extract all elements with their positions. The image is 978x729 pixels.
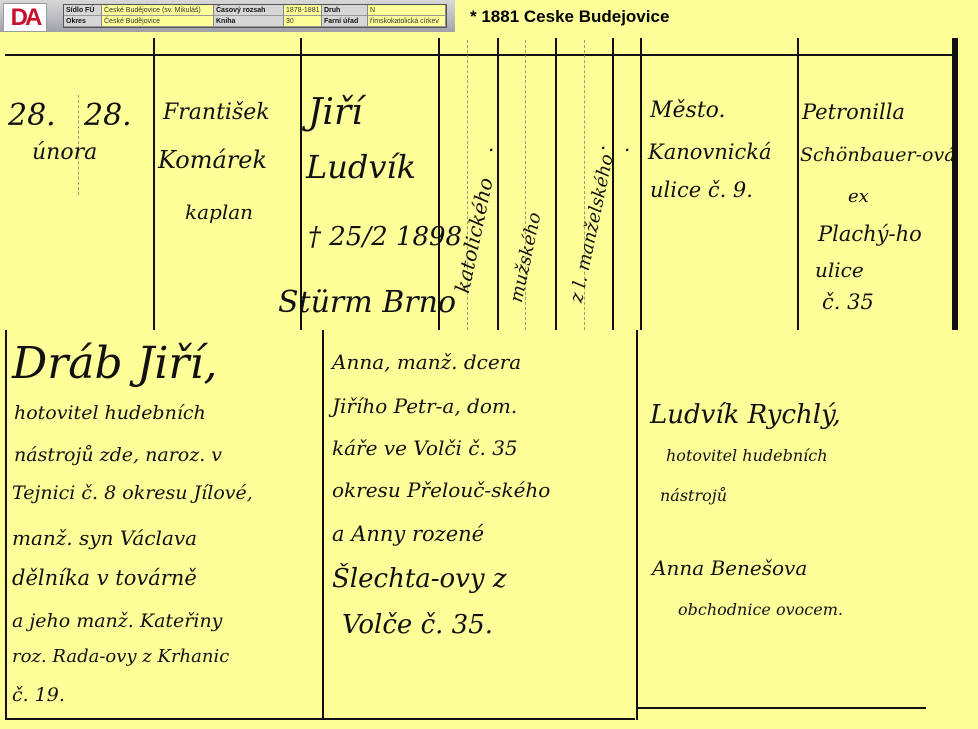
top-rule — [5, 54, 955, 56]
godparent-line: nástrojů — [660, 486, 727, 505]
mother-line: a Anny rozené — [332, 522, 484, 546]
sex: mužského — [506, 211, 546, 305]
page-title: * 1881 Ceske Budejovice — [470, 7, 669, 27]
col-rule — [153, 38, 155, 330]
col-rule — [612, 38, 614, 330]
godparent-line: Anna Benešova — [652, 556, 807, 580]
label-kniha: Kniha — [214, 16, 284, 27]
bottom-rule — [636, 707, 926, 709]
death-note: † 25/2 1898 — [308, 222, 462, 252]
label-farni-urad: Farní úřad — [322, 16, 368, 27]
mother-line: Šlechta-ovy z — [332, 564, 507, 594]
midwife-line: ulice — [815, 258, 864, 282]
col-rule — [640, 38, 642, 330]
value-farni-urad: římskokatolická církev — [368, 16, 446, 27]
mother-line: Jiřího Petr-a, dom. — [332, 394, 517, 418]
father-line: a jeho manž. Kateřiny — [12, 610, 222, 632]
legitimacy: z l. manželského — [566, 152, 618, 304]
col-rule — [797, 38, 799, 330]
child-first-name: Jiří — [308, 92, 363, 133]
value-kniha: 30 — [284, 16, 322, 27]
father-line: č. 19. — [12, 684, 65, 706]
label-sidlo: Sídlo FÚ — [64, 5, 102, 16]
col-rule — [555, 38, 557, 330]
value-okres: České Budějovice — [102, 16, 214, 27]
priest-first-name: František — [163, 100, 270, 125]
col-mark: . — [624, 132, 630, 156]
priest-title: kaplan — [185, 200, 253, 224]
da-logo: DA — [3, 3, 47, 32]
priest-surname: Komárek — [158, 146, 267, 174]
birth-day: 28. — [8, 98, 56, 133]
mother-line: Anna, manž. dcera — [332, 350, 521, 374]
father-line: hotovitel hudebních — [14, 402, 206, 424]
label-druh: Druh — [322, 5, 368, 16]
godparent-line: obchodnice ovocem. — [678, 600, 843, 619]
col-rule — [322, 330, 324, 720]
col-rule — [497, 38, 499, 330]
father-line: nástrojů zde, naroz. v — [14, 444, 222, 466]
father-line: roz. Rada-ovy z Krhanic — [12, 646, 229, 667]
archive-header-bar: DA Sídlo FÚ České Budějovice (sv. Mikulá… — [0, 0, 455, 32]
midwife-line: Schönbauer-ová — [800, 144, 956, 166]
godparent-line: Ludvík Rychlý, — [650, 400, 841, 430]
residence-line: Kanovnická — [648, 140, 772, 164]
month: února — [32, 140, 97, 165]
father-line: Tejnici č. 8 okresu Jílové, — [12, 482, 253, 504]
residence-line: Město. — [650, 98, 726, 123]
label-okres: Okres — [64, 16, 102, 27]
page-edge-rule — [952, 38, 958, 330]
residence-line: ulice č. 9. — [650, 178, 753, 202]
label-casovy-rozsah: Časový rozsah — [214, 5, 284, 16]
col-mark: . — [488, 132, 494, 156]
father-line: dělníka v továrně — [12, 566, 197, 590]
death-place: Stürm Brno — [278, 285, 456, 320]
value-casovy-rozsah: 1878-1881 — [284, 5, 322, 16]
child-middle-name: Ludvík — [306, 148, 416, 186]
baptism-day: 28. — [84, 98, 132, 133]
father-surname: Dráb Jiří, — [12, 338, 218, 389]
midwife-line: Plachý-ho — [818, 222, 922, 246]
col-rule — [636, 330, 638, 720]
bottom-rule — [5, 718, 635, 720]
midwife-line: Petronilla — [802, 100, 905, 124]
mother-line: káře ve Volči č. 35 — [332, 436, 518, 460]
record-metadata-table: Sídlo FÚ České Budějovice (sv. Mikuláš) … — [63, 4, 447, 28]
col-mark: . — [600, 130, 606, 154]
father-line: manž. syn Václava — [12, 526, 197, 550]
value-sidlo: České Budějovice (sv. Mikuláš) — [102, 5, 214, 16]
mother-line: Volče č. 35. — [342, 610, 493, 640]
col-rule — [5, 330, 7, 720]
godparent-line: hotovitel hudebních — [666, 446, 828, 465]
mother-line: okresu Přelouč-ského — [332, 478, 550, 502]
midwife-line: ex — [848, 186, 869, 207]
value-druh: N — [368, 5, 446, 16]
midwife-line: č. 35 — [822, 290, 874, 314]
